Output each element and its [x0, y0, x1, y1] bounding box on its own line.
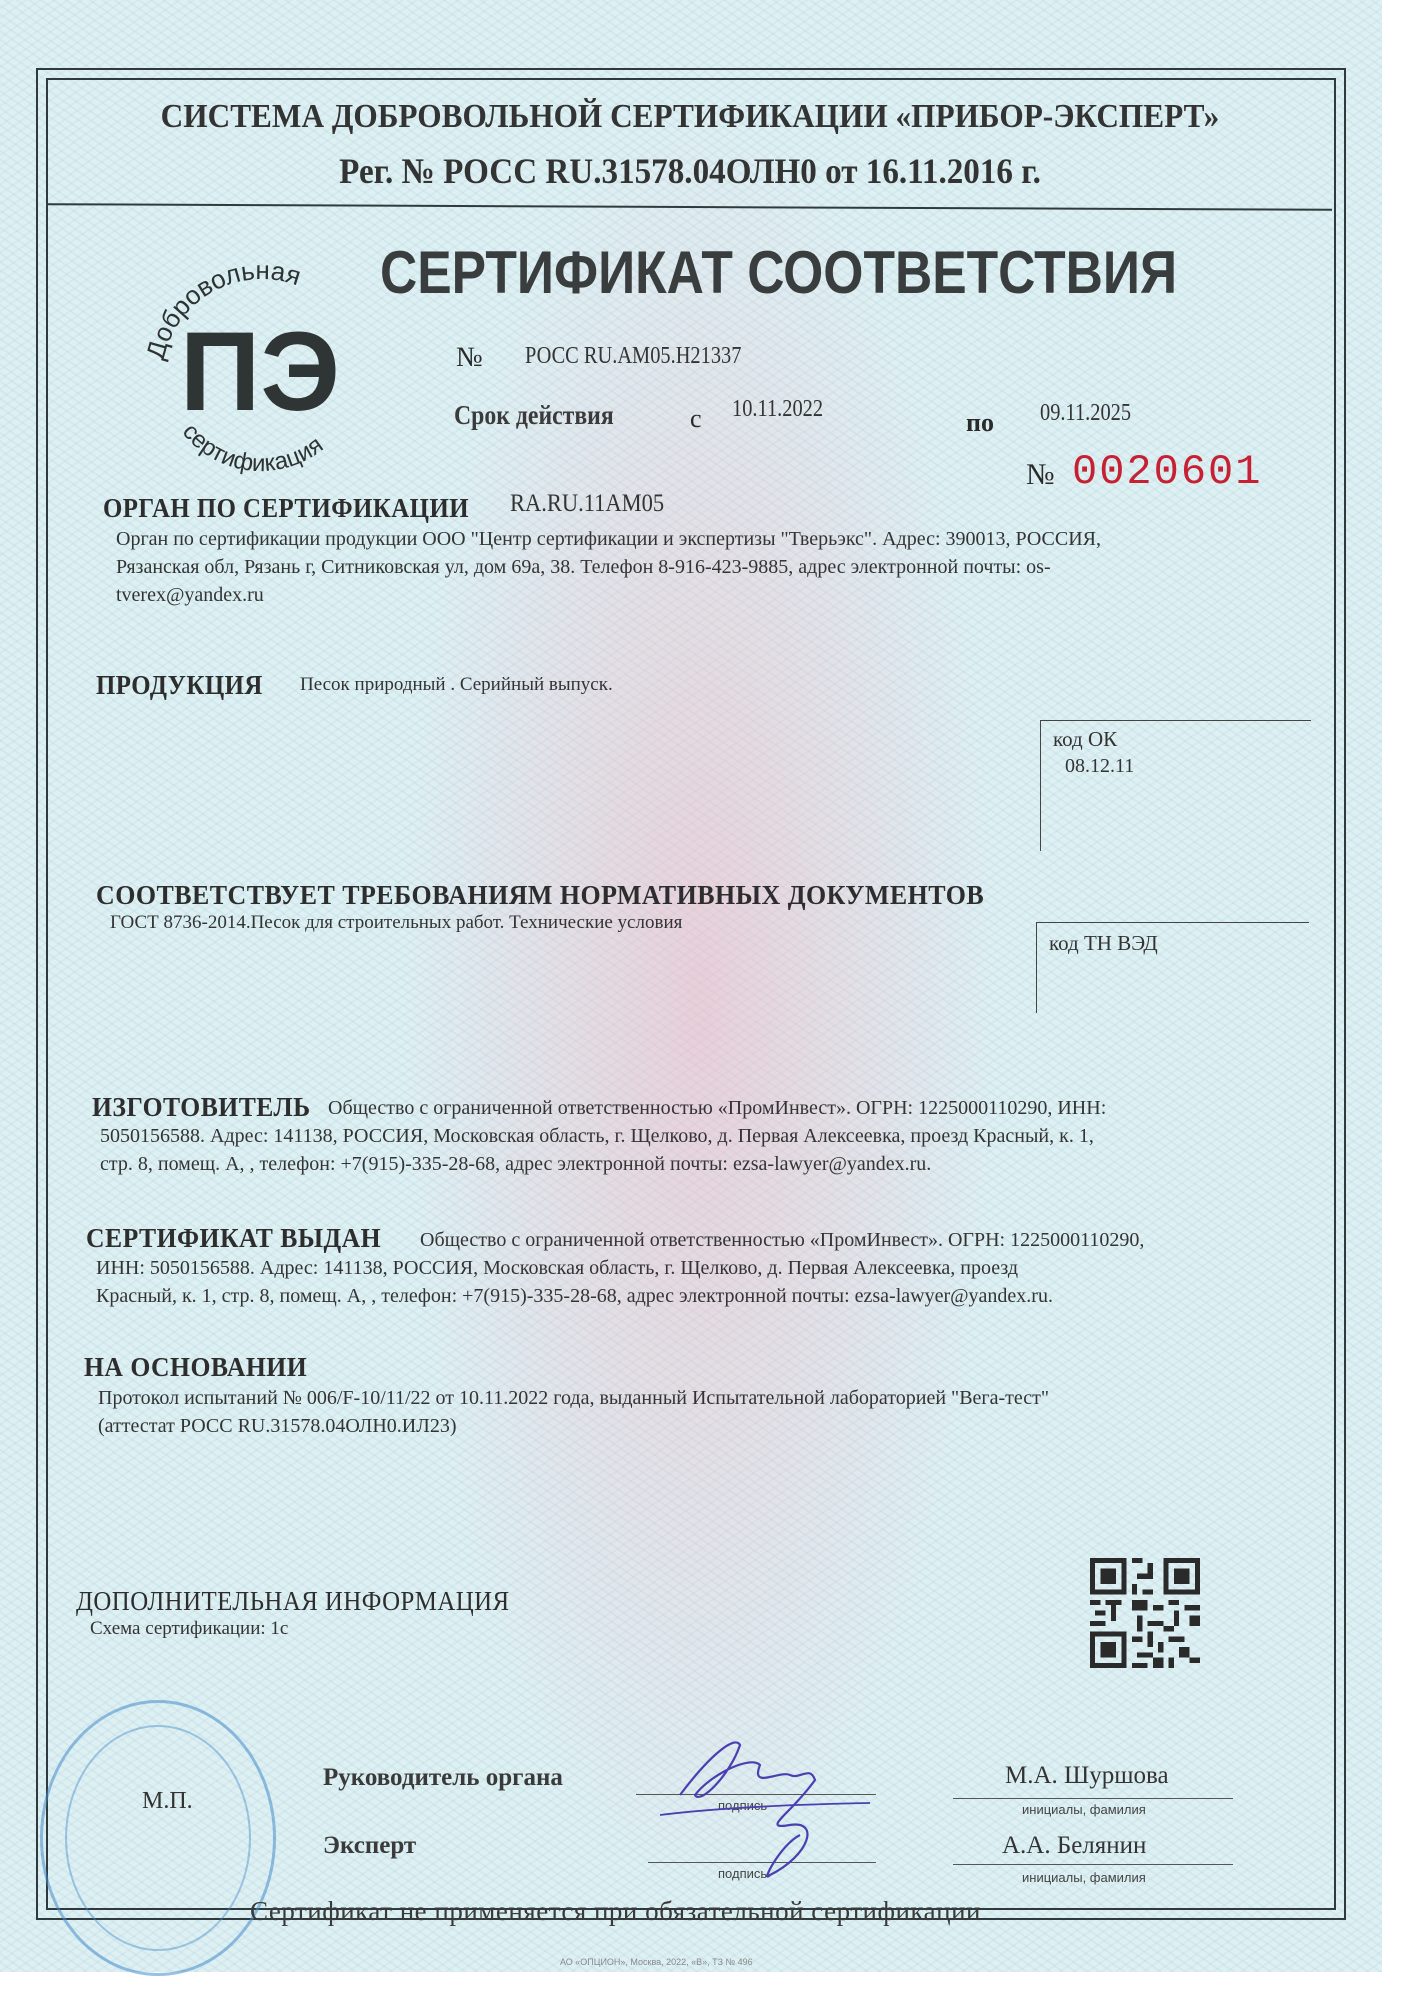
blank-number: 0020601 — [1072, 448, 1262, 496]
ok-code-label: код ОК — [1053, 727, 1117, 752]
conformity-label: СООТВЕТСТВУЕТ ТРЕБОВАНИЯМ НОРМАТИВНЫХ ДО… — [96, 880, 984, 911]
cert-number-label: № — [456, 342, 483, 374]
product-label: ПРОДУКЦИЯ — [96, 670, 263, 701]
validity-label: Срок действия — [454, 400, 614, 431]
certification-body-label: ОРГАН ПО СЕРТИФИКАЦИИ — [103, 493, 469, 524]
manufacturer-details: Общество с ограниченной ответственностью… — [100, 1094, 1330, 1178]
conformity-standard: ГОСТ 8736-2014.Песок для строительных ра… — [110, 912, 682, 934]
basis-label: НА ОСНОВАНИИ — [84, 1352, 307, 1383]
additional-info-label: ДОПОЛНИТЕЛЬНАЯ ИНФОРМАЦИЯ — [76, 1586, 510, 1617]
certification-system-name: СИСТЕМА ДОБРОВОЛЬНОЙ СЕРТИФИКАЦИИ «ПРИБО… — [110, 98, 1269, 136]
basis-details: Протокол испытаний № 006/F-10/11/22 от 1… — [98, 1384, 1328, 1440]
pe-logo-icon: Добровольная ПЭ сертификация — [142, 252, 378, 478]
head-of-body-label: Руководитель органа — [323, 1764, 563, 1792]
expert-label: Эксперт — [323, 1832, 416, 1860]
certificate-paper: СИСТЕМА ДОБРОВОЛЬНОЙ СЕРТИФИКАЦИИ «ПРИБО… — [0, 0, 1382, 1972]
certification-body-code: RA.RU.11АМ05 — [510, 490, 664, 518]
footer-notice: Сертификат не применяется при обязательн… — [250, 1896, 981, 1927]
pe-logo: Добровольная ПЭ сертификация — [142, 252, 378, 478]
ok-code-value: 08.12.11 — [1065, 755, 1134, 778]
expert-name-caption: инициалы, фамилия — [1022, 1870, 1146, 1885]
product-value: Песок природный . Серийный выпуск. — [300, 674, 613, 696]
blank-number-label: № — [1026, 458, 1055, 492]
certification-body-details: Орган по сертификации продукции ООО "Цен… — [116, 525, 1336, 609]
printer-imprint: АО «ОПЦИОН», Москва, 2022, «В», ТЗ № 496 — [560, 1957, 753, 1967]
valid-from-date: 10.11.2022 — [732, 396, 823, 423]
system-registration: Рег. № РОСС RU.31578.04ОЛН0 от 16.11.201… — [110, 150, 1269, 192]
seal-stamp — [40, 1700, 276, 1976]
document-title: СЕРТИФИКАТ СООТВЕТСТВИЯ — [380, 238, 1154, 307]
expert-name: А.А. Белянин — [1002, 1832, 1146, 1860]
ok-code-box: код ОК 08.12.11 — [1040, 720, 1311, 851]
tnved-code-label: код ТН ВЭД — [1049, 931, 1158, 956]
head-name-line — [953, 1798, 1233, 1799]
head-name-caption: инициалы, фамилия — [1022, 1802, 1146, 1817]
handwritten-signature-icon — [640, 1735, 880, 1905]
qr-code[interactable] — [1090, 1553, 1200, 1673]
certification-scheme: Схема сертификации: 1с — [90, 1618, 288, 1640]
cert-number: РОСС RU.АМ05.Н21337 — [525, 343, 741, 370]
stamp-place-label: М.П. — [142, 1788, 193, 1815]
qr-code-icon — [1090, 1553, 1200, 1673]
valid-to-date: 09.11.2025 — [1040, 400, 1131, 427]
tnved-code-box: код ТН ВЭД — [1036, 922, 1309, 1013]
svg-text:ПЭ: ПЭ — [180, 309, 340, 434]
head-name: М.А. Шуршова — [1005, 1762, 1169, 1790]
validity-from-label: с — [690, 404, 702, 434]
expert-name-line — [953, 1864, 1233, 1865]
validity-to-label: по — [966, 408, 994, 438]
issued-to-details: Общество с ограниченной ответственностью… — [96, 1226, 1326, 1310]
